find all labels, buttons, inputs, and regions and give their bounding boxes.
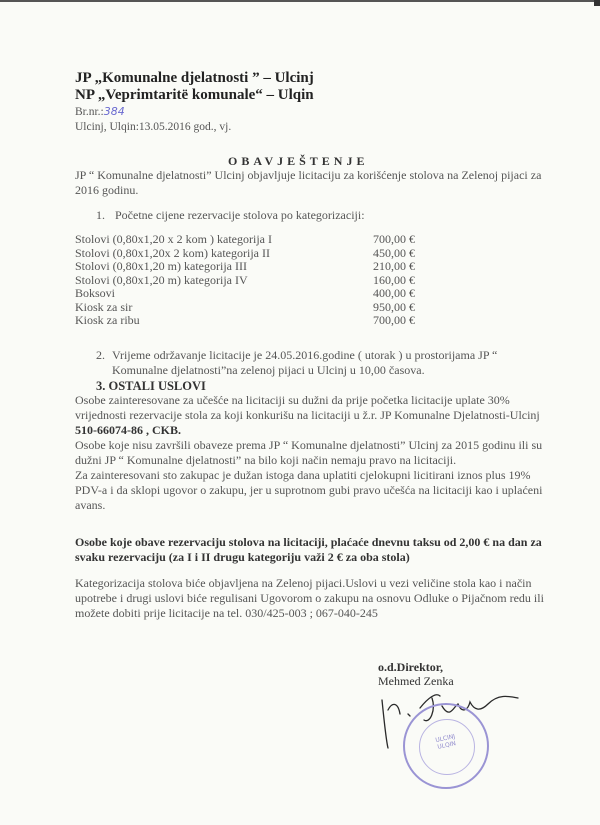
price-label: Stolovi (0,80x1,20 x 2 kom ) kategorija … [75, 233, 272, 247]
price-label: Stolovi (0,80x1,20x 2 kom) kategorija II [75, 247, 270, 261]
org-name-albanian: NP „Veprimtaritë komunale“ – Ulqin [75, 87, 314, 104]
section-body: Osobe zainteresovane za učešće na licita… [75, 393, 545, 513]
daily-fee-notice: Osobe koje obave rezervaciju stolova na … [75, 535, 545, 565]
payment-text: Osobe zainteresovane za učešće na licita… [75, 393, 540, 422]
list-item-2: 2.Vrijeme održavanje licitacije je 24.05… [96, 348, 536, 378]
price-row: Kiosk za ribu700,00 € [75, 314, 415, 328]
payment-paragraph: Osobe zainteresovane za učešće na licita… [75, 393, 545, 438]
price-value: 160,00 € [355, 274, 415, 288]
ref-number-handwritten: 384 [104, 105, 125, 118]
price-row: Kiosk za sir950,00 € [75, 301, 415, 315]
item-text: Početne cijene rezervacije stolova po ka… [115, 208, 365, 222]
closing-paragraph: Kategorizacija stolova biće objavljena n… [75, 576, 545, 621]
item-number: 1. [96, 208, 112, 223]
price-row: Stolovi (0,80x1,20 m) kategorija IV160,0… [75, 274, 415, 288]
eligibility-paragraph: Osobe koje nisu završili obaveze prema J… [75, 438, 545, 468]
price-label: Kiosk za sir [75, 301, 132, 315]
price-list: Stolovi (0,80x1,20 x 2 kom ) kategorija … [75, 233, 415, 328]
place-date: Ulcinj, Ulqin:13.05.2016 god., vj. [75, 120, 314, 135]
price-value: 950,00 € [355, 301, 415, 315]
lease-paragraph: Za zainteresovani sto zakupac je dužan i… [75, 468, 545, 513]
price-label: Kiosk za ribu [75, 314, 140, 328]
price-value: 700,00 € [355, 233, 415, 247]
price-label: Stolovi (0,80x1,20 m) kategorija IV [75, 274, 248, 288]
scan-corner [594, 0, 600, 6]
signatory-title: o.d.Direktor, [378, 660, 454, 674]
intro-paragraph: JP “ Komunalne djelatnosti” Ulcinj objav… [75, 168, 545, 198]
price-row: Stolovi (0,80x1,20x 2 kom) kategorija II… [75, 247, 415, 261]
item-number: 2. [96, 348, 112, 363]
bank-account: 510-66074-86 , CKB. [75, 423, 181, 437]
price-value: 210,00 € [355, 260, 415, 274]
price-value: 700,00 € [355, 314, 415, 328]
price-value: 450,00 € [355, 247, 415, 261]
list-item-1: 1. Početne cijene rezervacije stolova po… [96, 208, 365, 223]
item-text-line-2: Komunalne djelatnosti”na zelenoj pijaci … [96, 363, 536, 378]
org-name-montenegrin: JP „Komunalne djelatnosti ” – Ulcinj [75, 70, 314, 87]
letterhead: JP „Komunalne djelatnosti ” – Ulcinj NP … [75, 70, 314, 135]
section-heading: 3. OSTALI USLOVI [96, 379, 206, 394]
scan-edge [0, 0, 600, 2]
price-row: Boksovi400,00 € [75, 287, 415, 301]
price-label: Boksovi [75, 287, 115, 301]
official-stamp: ULCINJ ULQIN [403, 703, 489, 789]
reference-number: Br.nr.:384 [75, 104, 314, 120]
document-page: JP „Komunalne djelatnosti ” – Ulcinj NP … [0, 0, 600, 825]
document-title: OBAVJEŠTENJE [228, 154, 368, 169]
price-value: 400,00 € [355, 287, 415, 301]
price-label: Stolovi (0,80x1,20 m) kategorija III [75, 260, 247, 274]
price-row: Stolovi (0,80x1,20 x 2 kom ) kategorija … [75, 233, 415, 247]
price-row: Stolovi (0,80x1,20 m) kategorija III210,… [75, 260, 415, 274]
item-text-line-1: Vrijeme održavanje licitacije je 24.05.2… [112, 348, 497, 362]
ref-label: Br.nr.: [75, 106, 104, 118]
